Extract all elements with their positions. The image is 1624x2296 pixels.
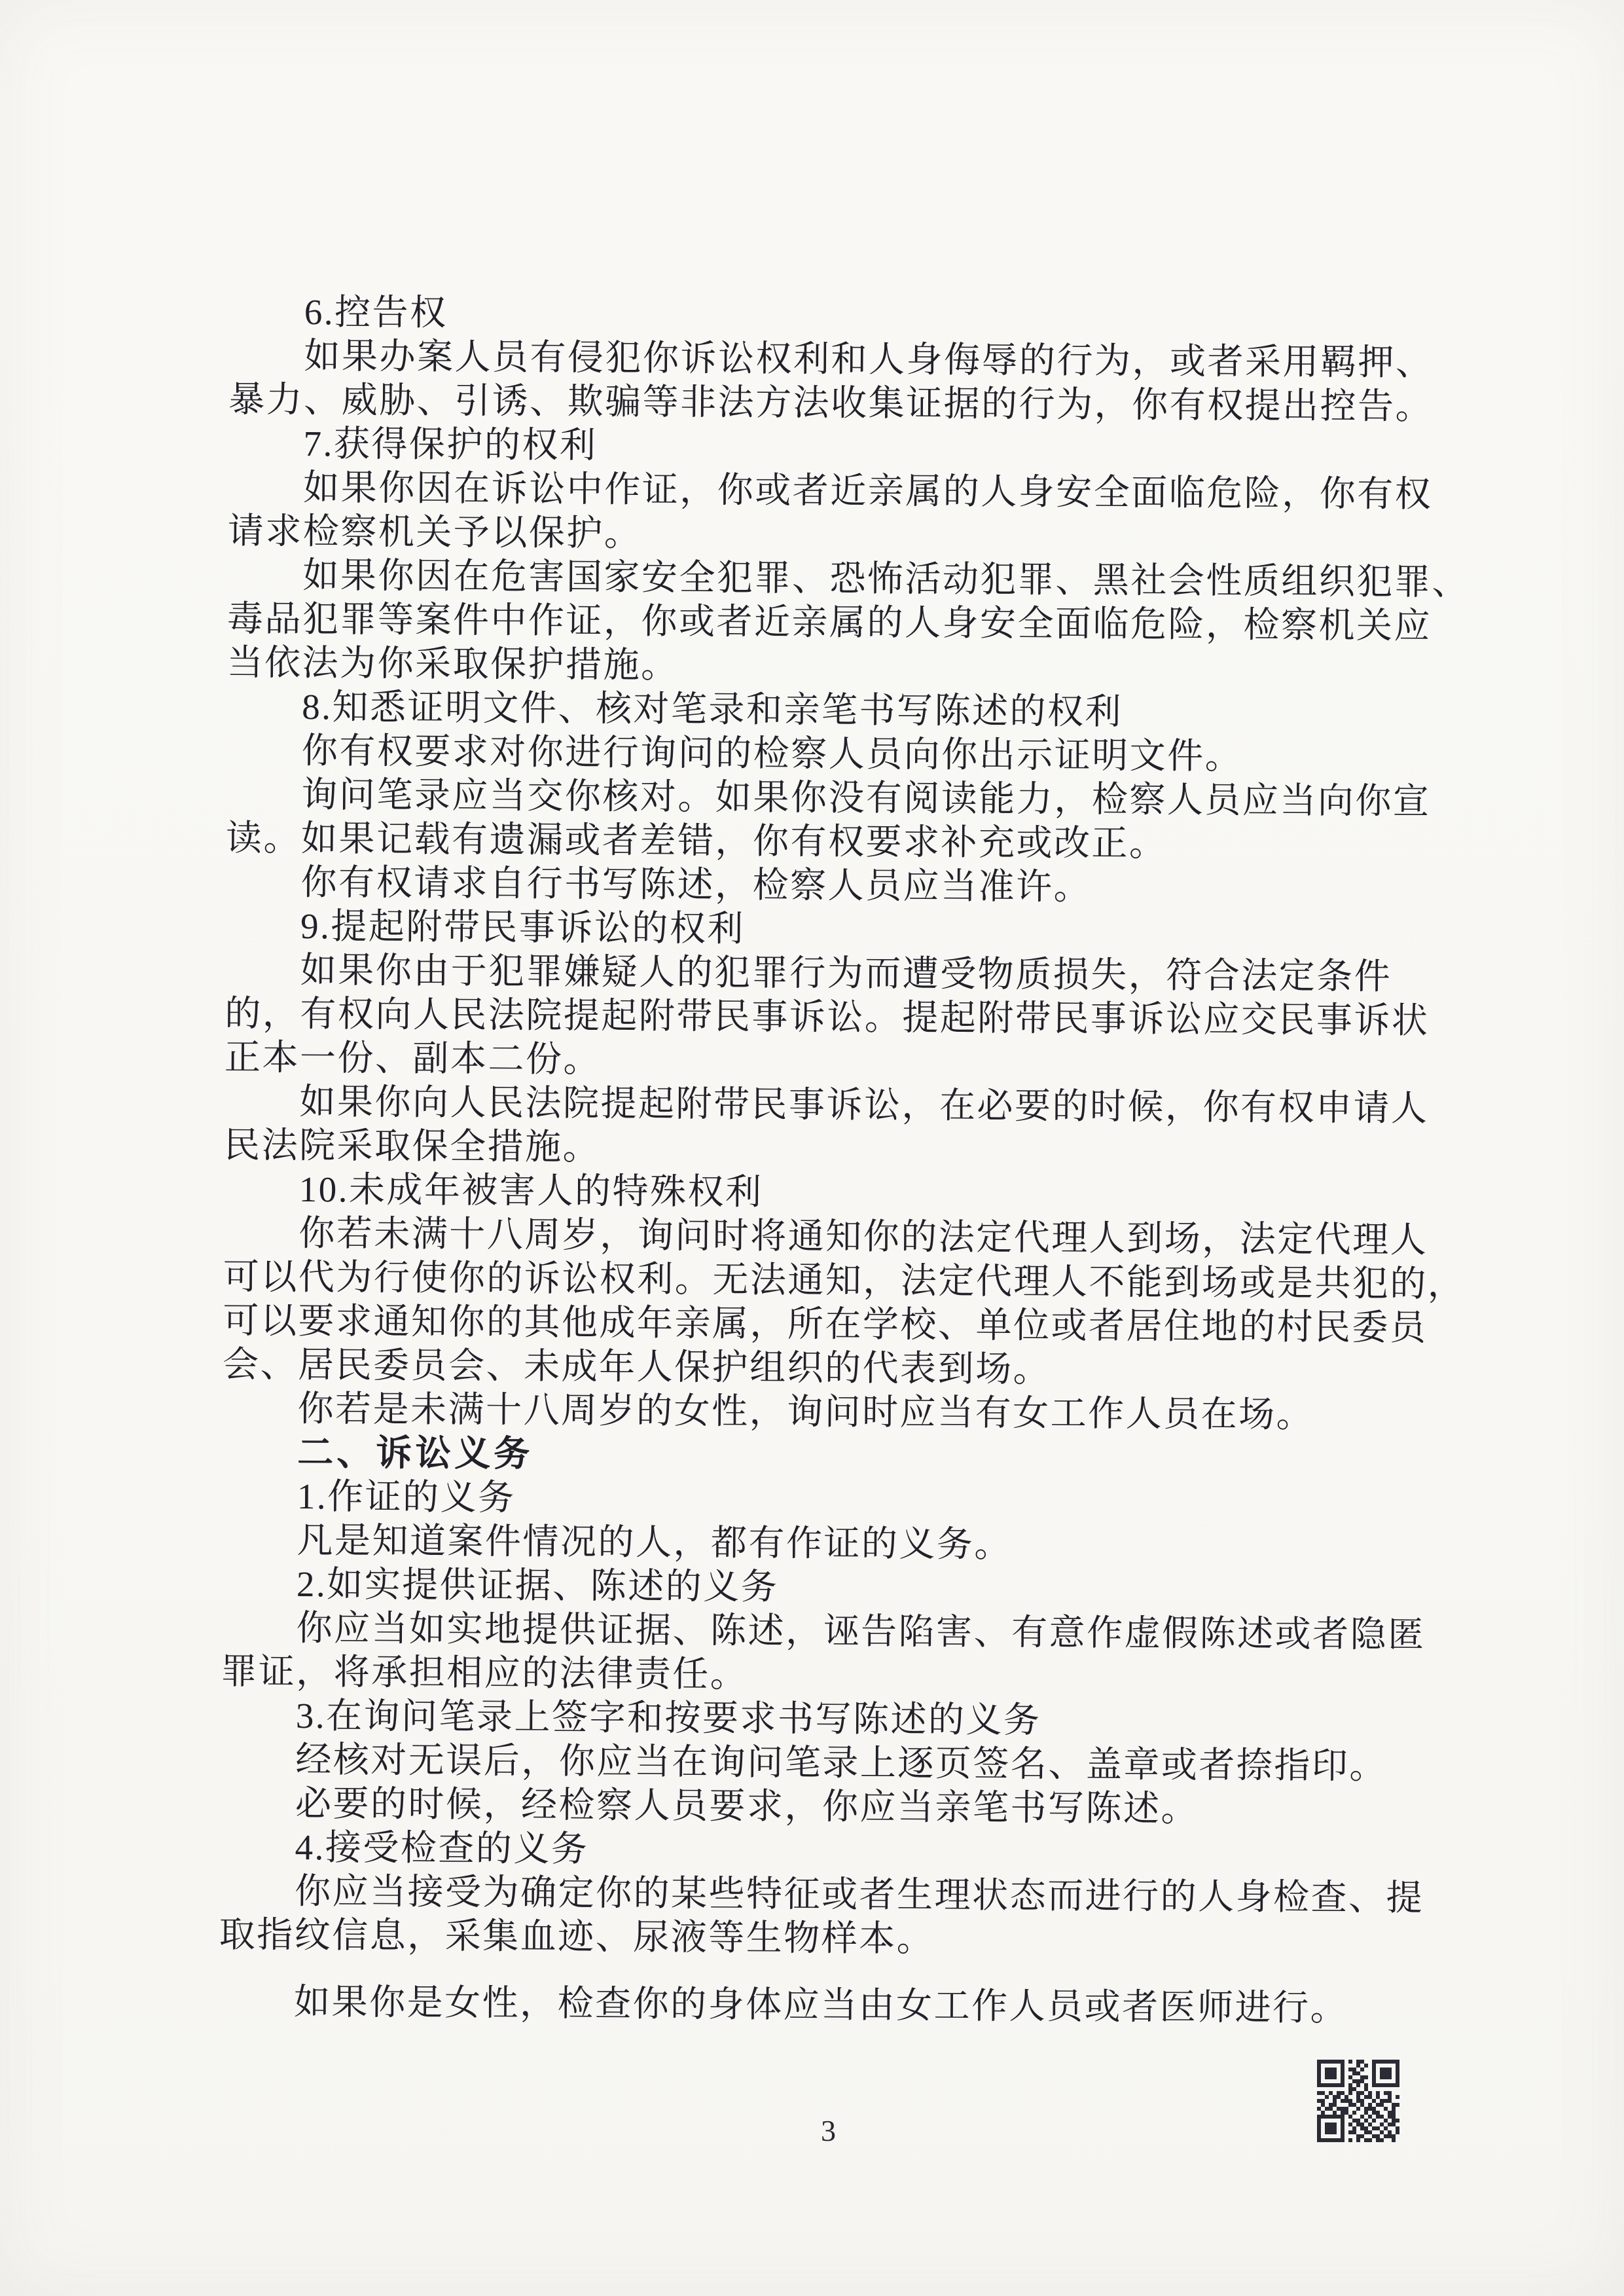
text-line: 凡是知道案件情况的人，都有作证的义务。 (221, 1518, 1439, 1569)
text-line: 可以要求通知你的其他成年亲属，所在学校、单位或者居住地的村民委员 (223, 1298, 1440, 1349)
text-line: 当依法为你采取保护措施。 (226, 640, 1444, 691)
text-line: 罪证，将承担相应的法律责任。 (221, 1649, 1438, 1700)
text-line: 7.获得保护的权利 (228, 421, 1445, 472)
text-line: 民法院采取保全措施。 (224, 1123, 1441, 1174)
text-line: 正本一份、副本二份。 (225, 1035, 1442, 1086)
text-line: 9.提起附带民事诉讼的权利 (225, 903, 1443, 955)
text-line: 如果你向人民法院提起附带民事诉讼，在必要的时候，你有权申请人 (224, 1079, 1441, 1130)
qr-code-icon (1317, 2060, 1399, 2142)
text-line: 你若未满十八周岁，询问时将通知你的法定代理人到场，法定代理人 (223, 1211, 1441, 1262)
text-line: 你有权请求自行书写陈述，检察人员应当准许。 (225, 860, 1443, 911)
text-line: 如果你由于犯罪嫌疑人的犯罪行为而遭受物质损失，符合法定条件 (225, 947, 1443, 998)
text-line: 6.控告权 (229, 289, 1447, 340)
document-body-text: 6.控告权如果办案人员有侵犯你诉讼权利和人身侮辱的行为，或者采用羁押、暴力、威胁… (219, 289, 1447, 2030)
text-line: 暴力、威胁、引诱、欺骗等非法方法收集证据的行为，你有权提出控告。 (228, 377, 1446, 428)
text-line: 请求检察机关予以保护。 (228, 509, 1445, 560)
text-line: 如果你因在危害国家安全犯罪、恐怖活动犯罪、黑社会性质组织犯罪、 (227, 553, 1445, 604)
text-line: 4.接受检查的义务 (219, 1825, 1437, 1876)
text-line: 经核对无误后，你应当在询问笔录上逐页签名、盖章或者捺指印。 (220, 1737, 1437, 1788)
text-line: 8.知悉证明文件、核对笔录和亲笔书写陈述的权利 (226, 684, 1444, 735)
text-line: 如果你是女性，检查你的身体应当由女工作人员或者医师进行。 (219, 1979, 1436, 2030)
section-heading: 二、诉讼义务 (222, 1430, 1439, 1481)
text-line: 读。如果记载有遗漏或者差错，你有权要求补充或改正。 (226, 816, 1443, 867)
text-line: 的，有权向人民法院提起附带民事诉讼。提起附带民事诉讼应交民事诉状 (225, 991, 1442, 1042)
qr-module (1396, 2138, 1399, 2142)
text-line: 询问笔录应当交你核对。如果你没有阅读能力，检察人员应当向你宣 (226, 772, 1443, 823)
text-line: 取指纹信息，采集血迹、尿液等生物样本。 (219, 1912, 1437, 1963)
text-line: 你应当接受为确定你的某些特征或者生理状态而进行的人身检查、提 (219, 1868, 1437, 1920)
text-line: 你有权要求对你进行询问的检察人员向你出示证明文件。 (226, 728, 1444, 779)
text-line: 如果办案人员有侵犯你诉讼权利和人身侮辱的行为，或者采用羁押、 (228, 333, 1446, 384)
text-line: 会、居民委员会、未成年人保护组织的代表到场。 (223, 1342, 1440, 1393)
text-line: 毒品犯罪等案件中作证，你或者近亲属的人身安全面临危险，检察机关应 (227, 596, 1445, 647)
scanned-page: 6.控告权如果办案人员有侵犯你诉讼权利和人身侮辱的行为，或者采用羁押、暴力、威胁… (0, 0, 1624, 2296)
text-line: 可以代为行使你的诉讼权利。无法通知，法定代理人不能到场或是共犯的， (223, 1254, 1441, 1305)
text-line: 如果你因在诉讼中作证，你或者近亲属的人身安全面临危险，你有权 (228, 465, 1445, 516)
text-line: 你若是未满十八周岁的女性，询问时应当有女工作人员在场。 (222, 1386, 1439, 1437)
text-line: 3.在询问笔录上签字和按要求书写陈述的义务 (221, 1693, 1438, 1744)
text-line: 你应当如实地提供证据、陈述，诬告陷害、有意作虚假陈述或者隐匿 (221, 1605, 1438, 1656)
text-line: 2.如实提供证据、陈述的义务 (221, 1561, 1439, 1613)
text-line: 10.未成年被害人的特殊权利 (224, 1167, 1441, 1218)
text-line: 必要的时候，经检察人员要求，你应当亲笔书写陈述。 (220, 1781, 1437, 1832)
text-line: 1.作证的义务 (222, 1474, 1439, 1525)
